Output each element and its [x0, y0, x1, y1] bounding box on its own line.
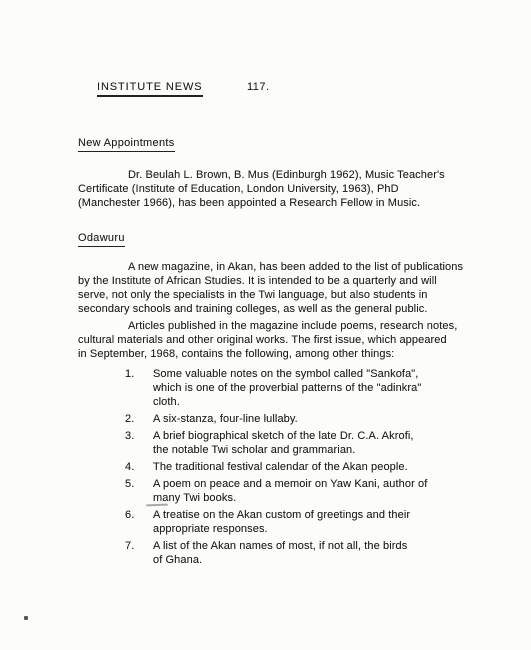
section-new-appointments: New Appointments Dr. Beulah L. Brown, B.…	[78, 136, 525, 210]
section-heading-row: New Appointments	[78, 136, 525, 152]
paragraph-appointment: Dr. Beulah L. Brown, B. Mus (Edinburgh 1…	[78, 168, 525, 210]
list-item-text: A brief biographical sketch of the late …	[153, 429, 414, 457]
running-head-title: INSTITUTE NEWS	[97, 80, 203, 97]
list-item: 6. A treatise on the Akan custom of gree…	[78, 508, 525, 536]
list-item-text: A poem on peace and a memoir on Yaw Kani…	[153, 477, 427, 505]
list-item: 7. A list of the Akan names of most, if …	[78, 539, 525, 567]
list-item-text: Some valuable notes on the symbol called…	[153, 367, 421, 409]
list-item: 1. Some valuable notes on the symbol cal…	[78, 367, 525, 409]
scan-speck	[24, 616, 28, 620]
list-item-number: 5.	[125, 477, 153, 491]
list-item-number: 2.	[125, 412, 153, 426]
list-item-text: A six-stanza, four-line lullaby.	[153, 412, 298, 426]
section-odawuru: Odawuru A new magazine, in Akan, has bee…	[78, 231, 525, 567]
section-heading-row: Odawuru	[78, 231, 525, 247]
numbered-list: 1. Some valuable notes on the symbol cal…	[78, 367, 525, 567]
list-item-number: 3.	[125, 429, 153, 443]
list-item-text: A list of the Akan names of most, if not…	[153, 539, 407, 567]
paragraph-articles: Articles published in the magazine inclu…	[78, 319, 525, 361]
list-item-number: 6.	[125, 508, 153, 522]
section-heading-odawuru: Odawuru	[78, 231, 125, 247]
section-heading-new-appointments: New Appointments	[78, 136, 175, 152]
list-item: 4. The traditional festival calendar of …	[78, 460, 525, 474]
list-item-text: A treatise on the Akan custom of greetin…	[153, 508, 410, 536]
paragraph-magazine-intro: A new magazine, in Akan, has been added …	[78, 260, 525, 316]
document-page: INSTITUTE NEWS 117. New Appointments Dr.…	[0, 0, 531, 650]
list-item-number: 1.	[125, 367, 153, 381]
list-item: 2. A six-stanza, four-line lullaby.	[78, 412, 525, 426]
list-item-number: 4.	[125, 460, 153, 474]
page-number: 117.	[247, 80, 270, 94]
list-item-number: 7.	[125, 539, 153, 553]
list-item: 5. A poem on peace and a memoir on Yaw K…	[78, 477, 525, 505]
page-header: INSTITUTE NEWS 117.	[0, 80, 531, 96]
list-item: 3. A brief biographical sketch of the la…	[78, 429, 525, 457]
list-item-text: The traditional festival calendar of the…	[153, 460, 408, 474]
